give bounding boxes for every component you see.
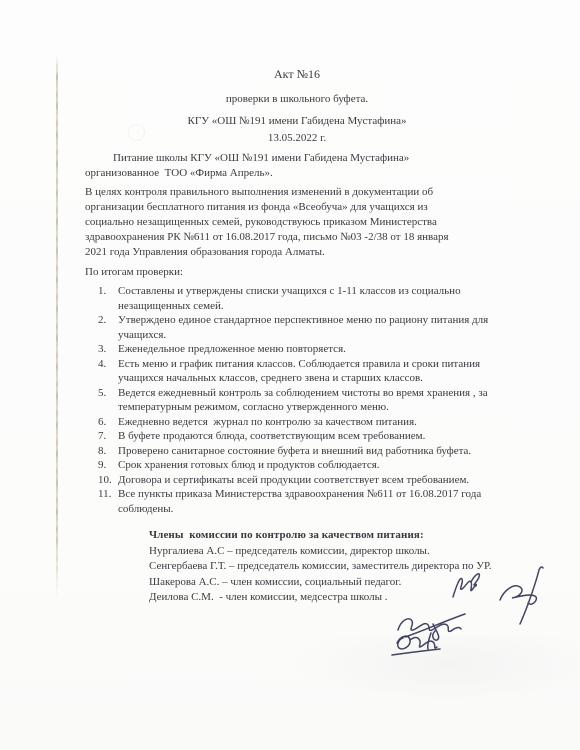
intro-line-2: организованное ТОО «Фирма Апрель». [85, 166, 509, 181]
signature-director-icon [448, 570, 486, 604]
finding-number: 4. [98, 357, 106, 372]
purpose-line-2: организации бесплатного питания из фонда… [85, 200, 509, 215]
findings-list: 1.Составлены и утверждены списки учащихс… [85, 284, 509, 516]
finding-item-10: 10.Договора и сертификаты всей продукции… [85, 473, 509, 488]
purpose-line-3: социально незащищенных семей, руководств… [85, 215, 509, 230]
finding-number: 5. [98, 386, 106, 401]
commission-heading: Члены комиссии по контролю за качеством … [149, 528, 509, 544]
commission-member-1: Нургалиева А.С – председатель комиссии, … [149, 544, 509, 560]
finding-number: 11. [98, 487, 111, 502]
intro-line-1: Питание школы КГУ «ОШ №191 имени Габиден… [85, 151, 509, 166]
purpose-line-1: В целях контроля правильного выполнения … [85, 185, 509, 200]
finding-item-6: 6.Ежедневно ведется журнал по контролю з… [85, 415, 509, 430]
finding-item-4: 4.Есть меню и график питания классов. Со… [85, 357, 509, 386]
scan-edge-artifact [56, 54, 58, 599]
signature-deputy-icon [492, 564, 546, 630]
finding-text: Проверено санитарное состояние буфета и … [118, 445, 471, 457]
finding-item-5: 5.Ведется ежедневный контроль за соблюде… [85, 386, 509, 415]
finding-item-11: 11.Все пункты приказа Министерства здрав… [85, 487, 509, 516]
document-content: Акт №16 проверки в школьного буфета. КГУ… [85, 67, 509, 606]
finding-number: 7. [98, 429, 106, 444]
finding-number: 9. [98, 458, 106, 473]
finding-item-7: 7.В буфете продаются блюда, соответствую… [85, 429, 509, 444]
finding-text: Договора и сертификаты всей продукции со… [118, 474, 469, 486]
results-heading: По итогам проверки: [85, 265, 509, 280]
finding-text: Еженедельное предложенное меню повторяет… [118, 343, 346, 355]
finding-text: Утверждено единое стандартное перспектив… [118, 314, 491, 341]
document-subtitle: проверки в школьного буфета. [85, 92, 509, 107]
finding-text: Есть меню и график питания классов. Собл… [118, 358, 483, 385]
finding-item-3: 3.Еженедельное предложенное меню повторя… [85, 342, 509, 357]
intro-paragraph: Питание школы КГУ «ОШ №191 имени Габиден… [85, 151, 509, 181]
purpose-paragraph: В целях контроля правильного выполнения … [85, 185, 509, 260]
finding-text: Составлены и утверждены списки учащихся … [118, 285, 463, 312]
finding-text: Ведется ежедневный контроль за соблюдени… [118, 387, 490, 414]
finding-number: 10. [98, 473, 112, 488]
purpose-line-5: 2021 года Управления образования города … [85, 245, 509, 260]
document-date: 13.05.2022 г. [85, 131, 509, 146]
finding-text: Срок хранения готовых блюд и продуктов с… [118, 459, 380, 471]
finding-item-1: 1.Составлены и утверждены списки учащихс… [85, 284, 509, 313]
finding-number: 6. [98, 415, 106, 430]
finding-number: 1. [98, 284, 106, 299]
finding-text: В буфете продаются блюда, соответствующи… [118, 430, 425, 442]
finding-text: Ежедневно ведется журнал по контролю за … [118, 416, 417, 428]
finding-item-8: 8.Проверено санитарное состояние буфета … [85, 444, 509, 459]
document-title: Акт №16 [85, 67, 509, 82]
purpose-line-4: здравоохранения РК №611 от 16.08.2017 го… [85, 230, 509, 245]
finding-item-9: 9.Срок хранения готовых блюд и продуктов… [85, 458, 509, 473]
scanned-document-page: Акт №16 проверки в школьного буфета. КГУ… [0, 0, 580, 750]
finding-number: 3. [98, 342, 106, 357]
finding-number: 2. [98, 313, 106, 328]
signature-nurse-icon [387, 629, 447, 661]
finding-text: Все пункты приказа Министерства здравоох… [118, 488, 484, 515]
finding-number: 8. [98, 444, 106, 459]
finding-item-2: 2.Утверждено единое стандартное перспект… [85, 313, 509, 342]
organization-name: КГУ «ОШ №191 имени Габидена Мустафина» [85, 114, 509, 129]
